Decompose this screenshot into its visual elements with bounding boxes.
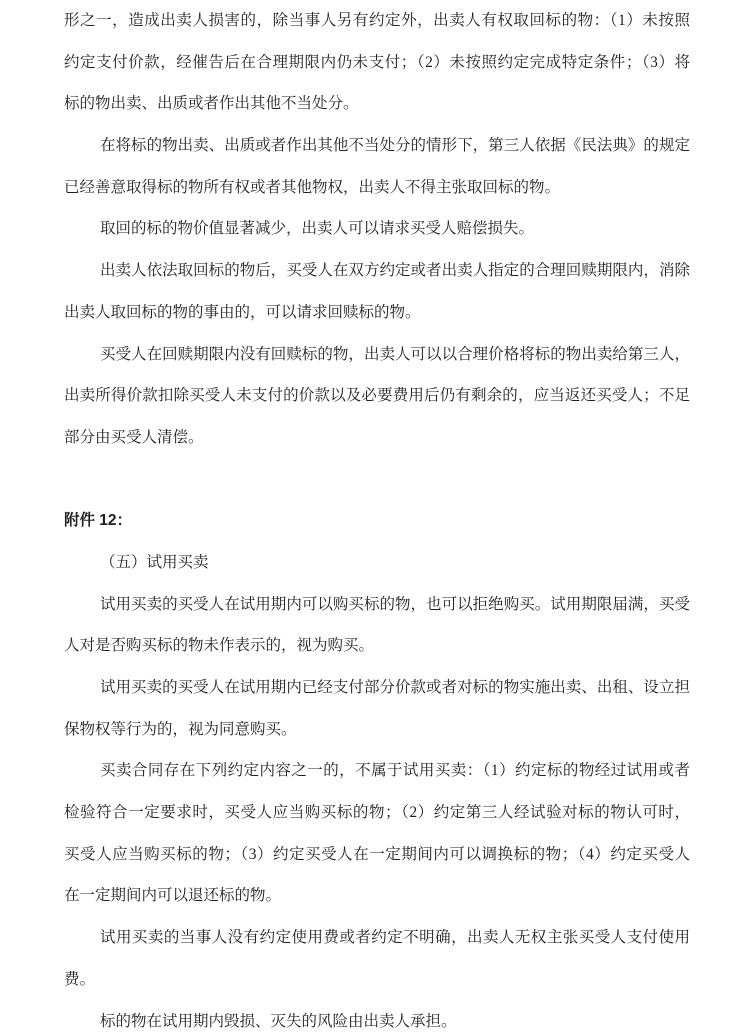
text-line: 标的物在试用期内毁损、灭失的风险由出卖人承担。	[64, 1001, 690, 1036]
text-line: 人对是否购买标的物未作表示的，视为购买。	[64, 625, 690, 667]
text-line: 试用买卖的买受人在试用期内已经支付部分价款或者对标的物实施出卖、出租、设立担	[64, 667, 690, 709]
text-line: 买受人在回赎期限内没有回赎标的物，出卖人可以以合理价格将标的物出卖给第三人，	[64, 334, 690, 376]
text-line: 在将标的物出卖、出质或者作出其他不当处分的情形下，第三人依据《民法典》的规定	[64, 125, 690, 167]
text-line: 保物权等行为的，视为同意购买。	[64, 709, 690, 751]
text-line: 买卖合同存在下列约定内容之一的，不属于试用买卖：（1）约定标的物经过试用或者	[64, 750, 690, 792]
text-line: 买受人应当购买标的物；（3）约定买受人在一定期间内可以调换标的物；（4）约定买受…	[64, 834, 690, 876]
text-line: 费。	[64, 959, 690, 1001]
document-page: 形之一，造成出卖人损害的，除当事人另有约定外，出卖人有权取回标的物：（1）未按照…	[0, 0, 753, 1036]
text-line: 已经善意取得标的物所有权或者其他物权，出卖人不得主张取回标的物。	[64, 167, 690, 209]
text-line: 出卖人依法取回标的物后，买受人在双方约定或者出卖人指定的合理回赎期限内，消除	[64, 250, 690, 292]
text-line: 形之一，造成出卖人损害的，除当事人另有约定外，出卖人有权取回标的物：（1）未按照	[64, 0, 690, 42]
text-line: 出卖所得价款扣除买受人未支付的价款以及必要费用后仍有剩余的，应当返还买受人；不足	[64, 375, 690, 417]
text-line: 在一定期间内可以退还标的物。	[64, 875, 690, 917]
attachment-heading: 附件 12：	[64, 500, 690, 542]
text-line: 取回的标的物价值显著减少，出卖人可以请求买受人赔偿损失。	[64, 208, 690, 250]
text-line: 试用买卖的买受人在试用期内可以购买标的物，也可以拒绝购买。试用期限届满，买受	[64, 584, 690, 626]
text-line: 检验符合一定要求时，买受人应当购买标的物；（2）约定第三人经试验对标的物认可时，	[64, 792, 690, 834]
text-line: 标的物出卖、出质或者作出其他不当处分。	[64, 83, 690, 125]
text-line: 部分由买受人清偿。	[64, 417, 690, 459]
text-line: 约定支付价款，经催告后在合理期限内仍未支付；（2）未按照约定完成特定条件；（3）…	[64, 42, 690, 84]
text-line: 试用买卖的当事人没有约定使用费或者约定不明确，出卖人无权主张买受人支付使用	[64, 917, 690, 959]
section-heading: （五）试用买卖	[64, 542, 690, 584]
text-line: 出卖人取回标的物的事由的，可以请求回赎标的物。	[64, 292, 690, 334]
blank-line	[64, 459, 690, 501]
